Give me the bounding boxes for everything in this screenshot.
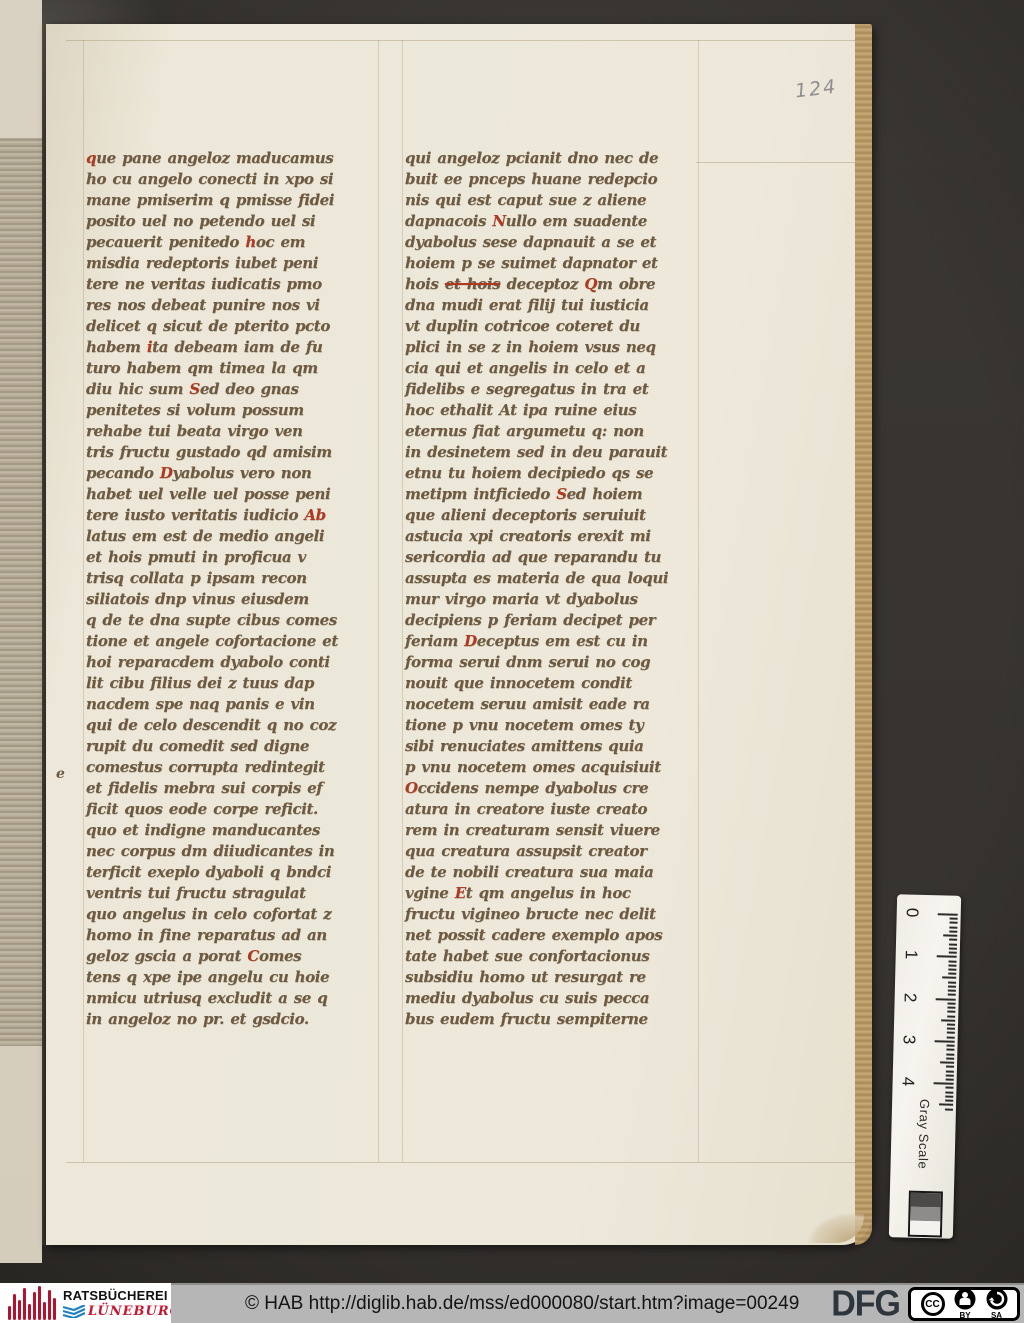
manuscript-line: ficit quos eode corpe reficit.: [86, 799, 382, 820]
manuscript-line: nocetem seruu amisit eade ra: [405, 694, 701, 715]
manuscript-line: ho cu angelo conecti in xpo si: [86, 169, 382, 190]
ruler-tick: [949, 926, 957, 928]
ruler-number: 4: [897, 1072, 917, 1092]
ruler-tick: [948, 973, 956, 975]
ruling-line-bottom: [66, 1162, 856, 1163]
ruler-tick: [948, 985, 956, 987]
manuscript-line: tione et angele cofortacione et: [86, 631, 382, 652]
rubric-mark: Q: [584, 275, 597, 293]
manuscript-line: geloz gscia a porat Comes: [86, 946, 382, 967]
manuscript-line: mane pmiserim q pmisse fidei: [86, 190, 382, 211]
manuscript-line: Occidens nempe dyabolus cre: [405, 778, 701, 799]
manuscript-line: diu hic sum Sed deo gnas: [86, 379, 382, 400]
manuscript-line: net possit cadere exemplo apos: [405, 925, 701, 946]
ruler-tick: [935, 1040, 955, 1042]
sa-arrow-icon: [986, 1288, 1008, 1310]
manuscript-line: in desinetem sed in deu parauit: [405, 442, 701, 463]
ruler-number: 2: [899, 987, 919, 1007]
library-logo-text: RATSBÜCHEREI LÜNEBURG: [63, 1288, 182, 1319]
manuscript-line: latus em est de medio angeli: [86, 526, 382, 547]
manuscript-line: habet uel velle uel posse peni: [86, 484, 382, 505]
manuscript-line: et hois pmuti in proficua v: [86, 547, 382, 568]
manuscript-line: trisq collata p ipsam recon: [86, 568, 382, 589]
manuscript-line: in angeloz no pr. et gsdcio.: [86, 1009, 382, 1030]
ruler-number: 0: [902, 902, 922, 922]
manuscript-line: quo et indigne manducantes: [86, 820, 382, 841]
rubric-mark: D: [464, 632, 477, 650]
ruler-tick: [948, 990, 956, 992]
manuscript-line: buit ee pnceps huane redepcio: [405, 169, 701, 190]
margin-correction-letter: e: [56, 766, 65, 782]
ruler-tick: [946, 1066, 954, 1068]
ruler-tick: [947, 1011, 955, 1013]
manuscript-line: cia qui et angelis in celo et a: [405, 358, 701, 379]
manuscript-line: atura in creatore iuste creato: [405, 799, 701, 820]
manuscript-line: lit cibu filius dei z tuus dap: [86, 673, 382, 694]
manuscript-line: que alieni deceptoris seruiuit: [405, 505, 701, 526]
ruler-tick: [945, 1108, 953, 1110]
manuscript-line: rehabe tui beata virgo ven: [86, 421, 382, 442]
ruler-tick: [945, 1091, 953, 1093]
manuscript-line: tere ne veritas iudicatis pmo: [86, 274, 382, 295]
manuscript-line: res nos debeat punire nos vi: [86, 295, 382, 316]
manuscript-line: vt duplin cotricoe coteret du: [405, 316, 701, 337]
manuscript-line: forma serui dnm serui no cog: [405, 652, 701, 673]
manuscript-line: decipiens p feriam decipet per: [405, 610, 701, 631]
ruler-tick: [937, 956, 957, 958]
gray-scale-ruler: Gray Scale 01234: [889, 894, 961, 1238]
ruler-tick: [940, 1061, 954, 1063]
manuscript-line: comestus corrupta redintegit: [86, 757, 382, 778]
ruler-tick: [948, 969, 956, 971]
manuscript-line: dapnacois Nullo em suadente: [405, 211, 701, 232]
manuscript-line: nis qui est caput sue z aliene: [405, 190, 701, 211]
rubric-mark: S: [189, 380, 199, 398]
ruler-tick: [948, 964, 956, 966]
manuscript-line: plici in se z in hoiem vsus neq: [405, 337, 701, 358]
library-name: RATSBÜCHEREI: [63, 1288, 182, 1303]
ruler-tick: [950, 918, 958, 920]
sa-label: SA: [991, 1311, 1002, 1320]
ruler-tick: [941, 1019, 955, 1021]
manuscript-line: penitetes si volum possum: [86, 400, 382, 421]
dfg-logo: DFG: [831, 1284, 900, 1323]
manuscript-line: fidelibs e segregatus in tra et: [405, 379, 701, 400]
ruler-tick: [948, 1002, 956, 1004]
manuscript-line: nmicu utriusq excludit a se q: [86, 988, 382, 1009]
manuscript-line: bus eudem fructu sempiterne: [405, 1009, 701, 1030]
screenshot-root: 124 e que pane angeloz maducamusho cu an…: [0, 0, 1024, 1323]
rubric-mark: i: [147, 338, 152, 356]
ruler-tick: [949, 947, 957, 949]
ruler-tick: [948, 994, 956, 996]
rubric-mark: D: [160, 464, 173, 482]
copyright-url[interactable]: © HAB http://diglib.hab.de/mss/ed000080/…: [245, 1293, 799, 1315]
manuscript-line: assupta es materia de qua loqui: [405, 568, 701, 589]
footer-gray-strip: © HAB http://diglib.hab.de/mss/ed000080/…: [171, 1283, 1024, 1323]
manuscript-line: sibi renuciates amittens quia: [405, 736, 701, 757]
ruler-tick: [936, 998, 956, 1000]
ruler-tick: [949, 930, 957, 932]
manuscript-line: nec corpus dm diiudicantes in: [86, 841, 382, 862]
ruler-tick: [947, 1007, 955, 1009]
manuscript-line: sericordia ad que reparandu tu: [405, 547, 701, 568]
manuscript-line: tris fructu gustado qd amisim: [86, 442, 382, 463]
manuscript-line: et fidelis mebra sui corpis ef: [86, 778, 382, 799]
ruler-tick: [947, 1023, 955, 1025]
ruler-tick: [947, 1036, 955, 1038]
ruler-tick: [947, 1028, 955, 1030]
ruler-tick: [949, 952, 957, 954]
ruler-tick: [946, 1057, 954, 1059]
rubric-mark: S: [556, 485, 566, 503]
manuscript-line: qui angeloz pcianit dno nec de: [405, 148, 701, 169]
manuscript-line: qui de celo descendit q no coz: [86, 715, 382, 736]
ruler-tick: [946, 1053, 954, 1055]
manuscript-line: hoi reparacdem dyabolo conti: [86, 652, 382, 673]
manuscript-line: que pane angeloz maducamus: [86, 148, 382, 169]
manuscript-line: tere iusto veritatis iudicio Ab: [86, 505, 382, 526]
text-column-2: qui angeloz pcianit dno nec debuit ee pn…: [405, 148, 701, 1030]
manuscript-line: fructu vigineo bructe nec delit: [405, 904, 701, 925]
ruler-tick: [938, 913, 958, 915]
rubric-mark: q: [86, 149, 96, 167]
manuscript-line: feriam Deceptus em est cu in: [405, 631, 701, 652]
by-label: BY: [959, 1311, 970, 1320]
manuscript-line: delicet q sicut de pterito pcto: [86, 316, 382, 337]
manuscript-line: siliatois dnp vinus eiusdem: [86, 589, 382, 610]
rubric-mark: C: [247, 947, 259, 965]
manuscript-line: nouit que innocetem condit: [405, 673, 701, 694]
rubric-mark: E: [455, 884, 466, 902]
ruler-number: 3: [898, 1029, 918, 1049]
ruler-tick: [949, 939, 957, 941]
manuscript-line: etnu tu hoiem decipiedo qs se: [405, 463, 701, 484]
gray-scale-patches: [908, 1191, 943, 1238]
manuscript-line: misdia redeptoris iubet peni: [86, 253, 382, 274]
text-column-1: que pane angeloz maducamusho cu angelo c…: [86, 148, 382, 1030]
manuscript-line: nacdem spe naq panis e vin: [86, 694, 382, 715]
manuscript-line: p vnu nocetem omes acquisiuit: [405, 757, 701, 778]
manuscript-line: tate habet sue confortacionus: [405, 946, 701, 967]
manuscript-line: hoc ethalit At ipa ruine eius: [405, 400, 701, 421]
manuscript-line: pecauerit penitedo hoc em: [86, 232, 382, 253]
manuscript-line: q de te dna supte cibus comes: [86, 610, 382, 631]
ruler-tick: [946, 1078, 954, 1080]
manuscript-line: vgine Et qm angelus in hoc: [405, 883, 701, 904]
cc-icon: CC: [921, 1292, 945, 1316]
manuscript-line: pecando Dyabolus vero non: [86, 463, 382, 484]
ruler-tick: [934, 1082, 954, 1084]
gray-patch-dark: [911, 1193, 941, 1208]
photo-background: 124 e que pane angeloz maducamusho cu an…: [0, 0, 1024, 1283]
leaf-stack-edge: [855, 24, 872, 1245]
library-waves-icon: [63, 1305, 85, 1318]
manuscript-line: qua creatura assupsit creator: [405, 841, 701, 862]
ruler-tick: [946, 1045, 954, 1047]
library-city: LÜNEBURG: [88, 1304, 182, 1319]
manuscript-line: rupit du comedit sed digne: [86, 736, 382, 757]
facing-page-edge: [0, 0, 42, 1263]
manuscript-line: subsidiu homo ut resurgat re: [405, 967, 701, 988]
rubric-mark: Ab: [304, 506, 325, 524]
by-person-icon: [954, 1288, 976, 1310]
manuscript-line: tione p vnu nocetem omes ty: [405, 715, 701, 736]
ruler-tick: [942, 977, 956, 979]
gray-patch-light: [910, 1221, 940, 1236]
red-strikethrough-text: et hois: [445, 275, 500, 293]
ruler-tick: [945, 1087, 953, 1089]
gray-scale-label: Gray Scale: [915, 1099, 932, 1170]
ruler-tick: [946, 1070, 954, 1072]
ruling-line-top: [66, 40, 856, 41]
library-logo: RATSBÜCHEREI LÜNEBURG: [0, 1283, 171, 1323]
manuscript-line: homo in fine reparatus ad an: [86, 925, 382, 946]
manuscript-line: habem ita debeam iam de fu: [86, 337, 382, 358]
ruler-tick: [948, 981, 956, 983]
manuscript-line: rem in creaturam sensit viuere: [405, 820, 701, 841]
footer-bar: RATSBÜCHEREI LÜNEBURG © HAB http://digli…: [0, 1283, 1024, 1323]
manuscript-line: ventris tui fructu stragulat: [86, 883, 382, 904]
ruler-tick: [946, 1074, 954, 1076]
ruler-tick: [949, 922, 957, 924]
ruler-tick: [939, 1104, 953, 1106]
ruling-line-col2-left: [402, 40, 403, 1162]
ruling-line-right: [696, 162, 856, 163]
cc-license-badge[interactable]: CC BY SA: [908, 1287, 1020, 1321]
ruler-tick: [946, 1049, 954, 1051]
manuscript-line: de te nobili creatura sua maia: [405, 862, 701, 883]
ruler-tick: [945, 1095, 953, 1097]
ruler-tick: [949, 960, 957, 962]
ruler-tick: [945, 1100, 953, 1102]
ruler-tick: [949, 943, 957, 945]
rubric-mark: O: [405, 779, 418, 797]
ruler-number: 1: [900, 945, 920, 965]
manuscript-line: terficit exeplo dyaboli q bndci: [86, 862, 382, 883]
ruler-tick: [947, 1015, 955, 1017]
facing-page-text-texture: [0, 138, 42, 1046]
gray-patch-mid: [910, 1207, 940, 1222]
rubric-mark: N: [492, 212, 505, 230]
manuscript-line: hois et hois deceptoz Qm obre: [405, 274, 701, 295]
manuscript-line: eternus fiat argumetu q: non: [405, 421, 701, 442]
manuscript-line: turo habem qm timea la qm: [86, 358, 382, 379]
manuscript-line: tens q xpe ipe angelu cu hoie: [86, 967, 382, 988]
manuscript-line: dna mudi erat filij tui iusticia: [405, 295, 701, 316]
rubric-mark: h: [245, 233, 256, 251]
manuscript-line: mur virgo maria vt dyabolus: [405, 589, 701, 610]
ruling-line-col1-left: [83, 40, 84, 1162]
manuscript-line: astucia xpi creatoris erexit mi: [405, 526, 701, 547]
ruler-tick: [943, 935, 957, 937]
ruler-tick: [947, 1032, 955, 1034]
manuscript-line: mediu dyabolus cu suis pecca: [405, 988, 701, 1009]
manuscript-line: dyabolus sese dapnauit a se et: [405, 232, 701, 253]
manuscript-line: hoiem p se suimet dapnator et: [405, 253, 701, 274]
manuscript-line: posito uel no petendo uel si: [86, 211, 382, 232]
library-bars-icon: [8, 1286, 56, 1320]
manuscript-line: metipm intficiedo Sed hoiem: [405, 484, 701, 505]
manuscript-line: quo angelus in celo cofortat z: [86, 904, 382, 925]
